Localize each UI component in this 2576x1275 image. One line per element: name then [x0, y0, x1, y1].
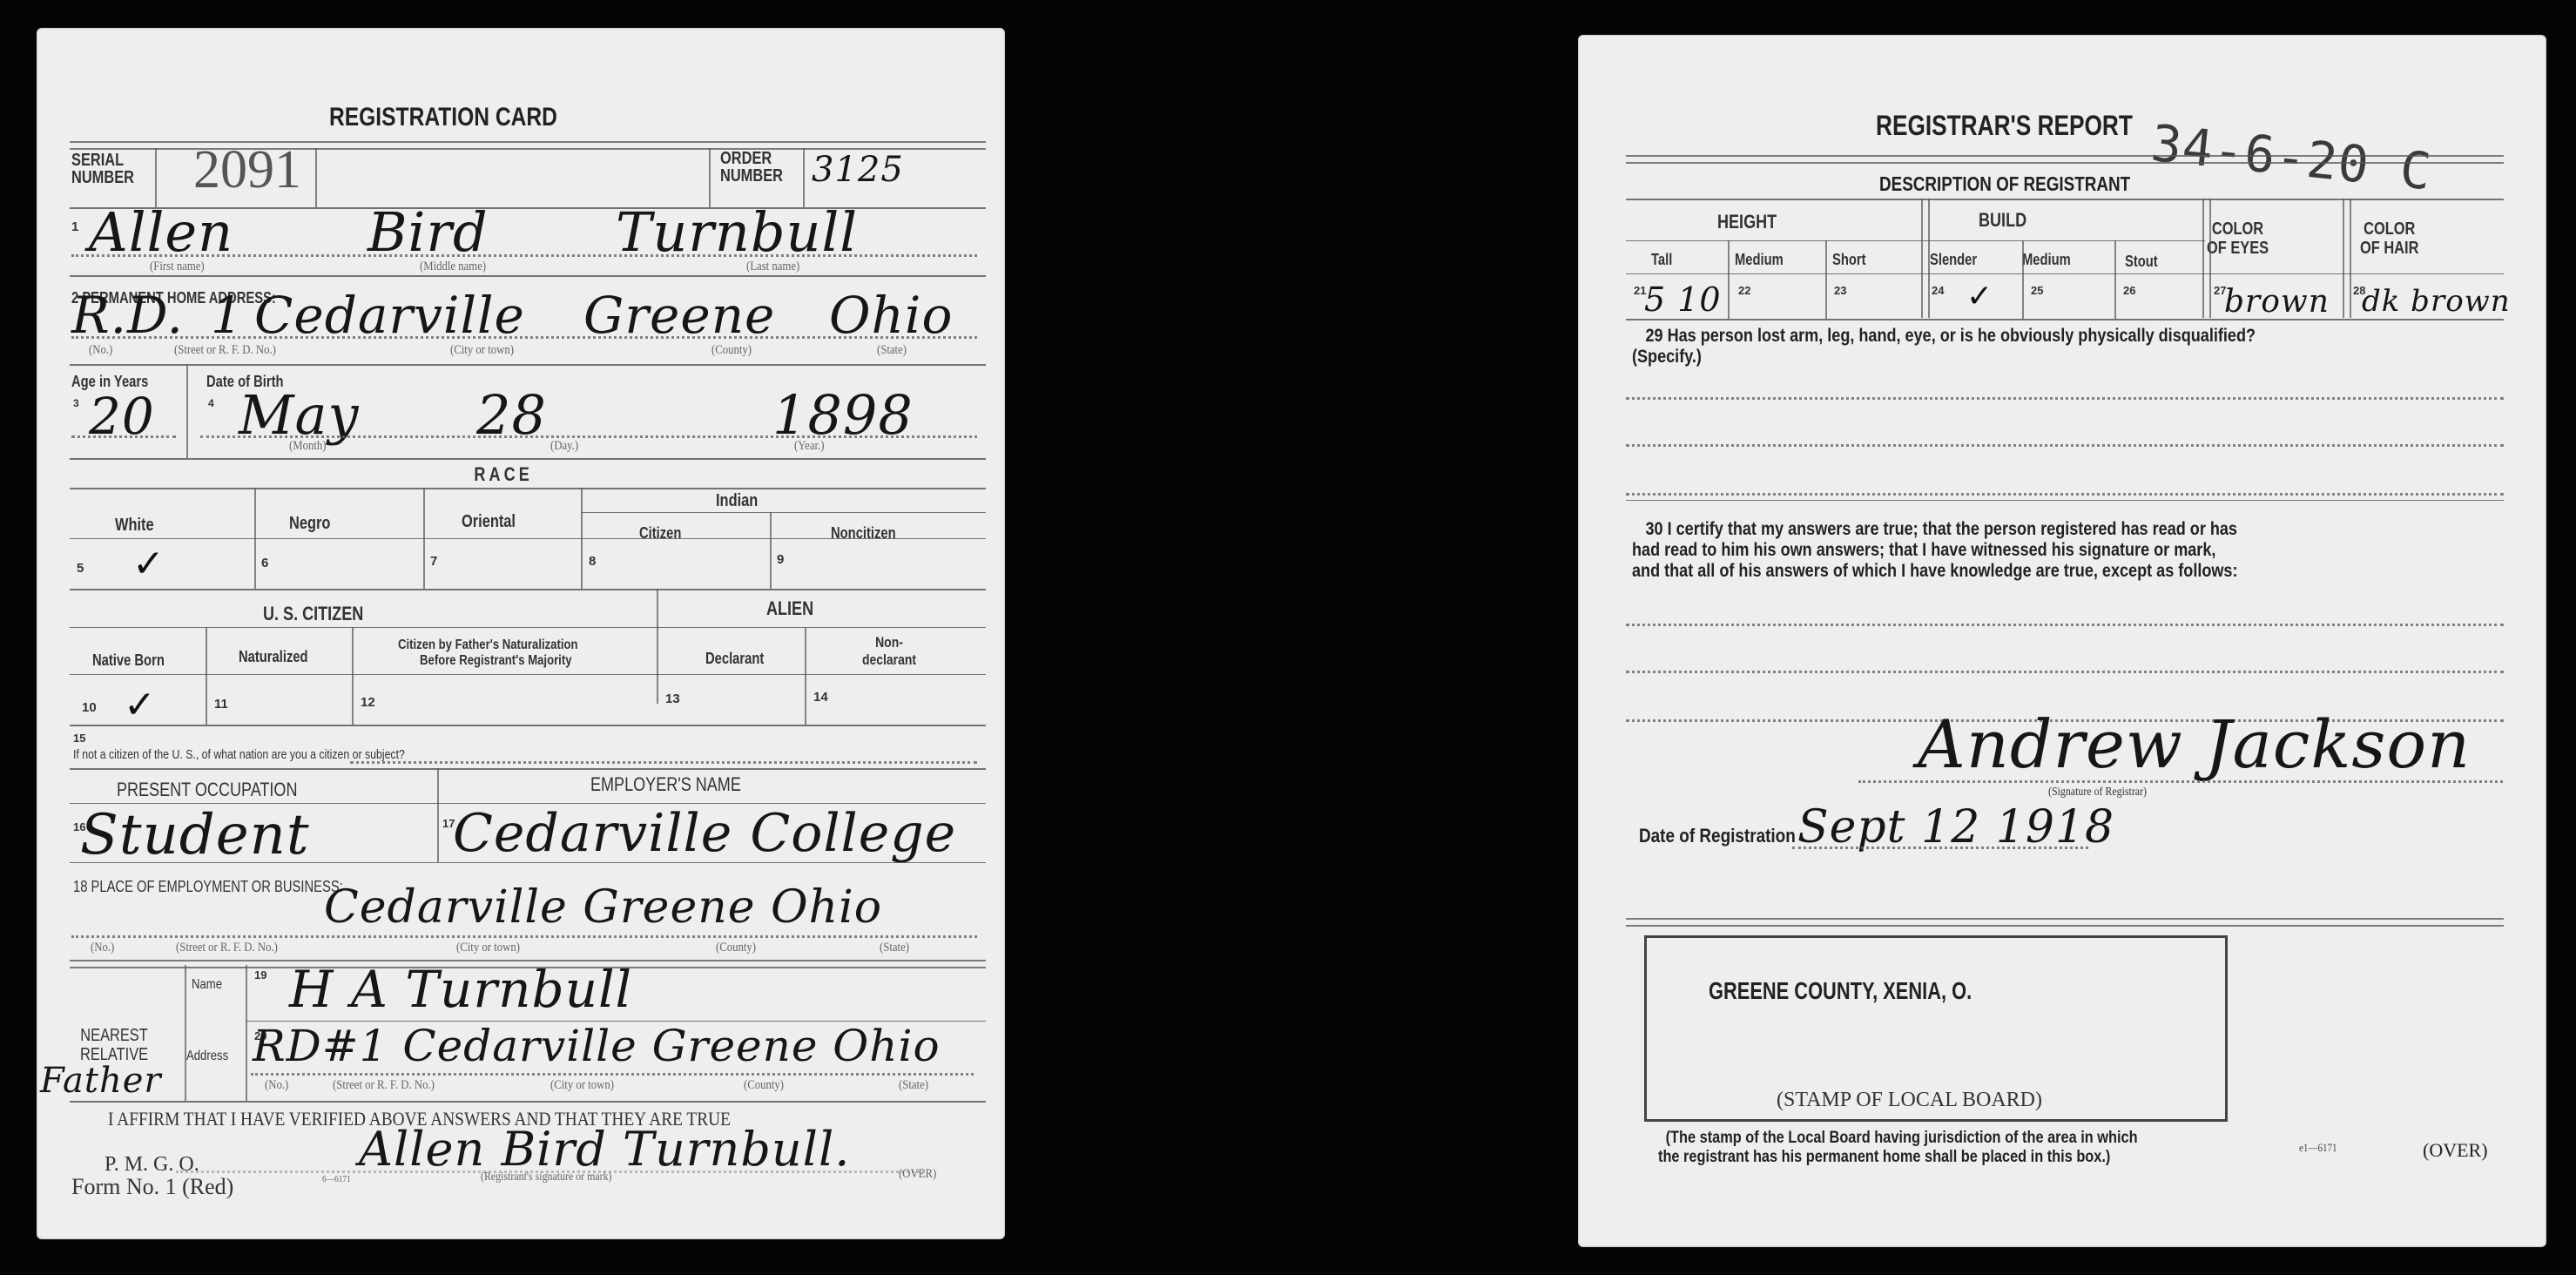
race-indian-citizen-num: 8: [589, 554, 596, 569]
field-15-dotted-line[interactable]: [350, 761, 977, 764]
address-city-label: (City or town): [450, 343, 514, 358]
address-no-label: (No.): [89, 343, 112, 358]
occupation-header: PRESENT OCCUPATION: [117, 779, 297, 801]
order-number: 3125: [812, 150, 904, 190]
registrar-signature[interactable]: Andrew Jackson: [1918, 705, 2471, 783]
hair-value[interactable]: dk brown: [2362, 284, 2511, 319]
tall-value[interactable]: 5 10: [1644, 280, 1722, 319]
card-title: REGISTRATION CARD: [329, 103, 557, 132]
alien-header: ALIEN: [766, 597, 813, 620]
first-name-label: (First name): [150, 260, 205, 274]
q29-rule: [1626, 500, 2504, 501]
date-of-registration-line: [1792, 847, 2088, 849]
q30-text: 30 I certify that my answers are true; t…: [1632, 519, 2237, 582]
declarant-num: 13: [665, 691, 680, 706]
relative-city-label: (City or town): [550, 1078, 614, 1093]
height-medium-num: 22: [1738, 284, 1750, 297]
indian-header: Indian: [716, 491, 758, 511]
last-name-label: (Last name): [746, 260, 799, 274]
q29-line-1: 29 Has person lost arm, leg, hand, eye, …: [1632, 326, 2256, 347]
tall-medium-divider: [1728, 240, 1730, 319]
hair-header: COLOR OF HAIR: [2360, 219, 2418, 258]
nearest-relative-label: NEAREST RELATIVE: [80, 1026, 148, 1064]
relative-state-label: (State): [899, 1078, 928, 1093]
q29-line-2: (Specify.): [1632, 347, 2256, 368]
name-dotted-line: [71, 254, 977, 257]
race-divider-1: [254, 488, 256, 589]
build-medium-label: Medium: [2022, 251, 2071, 269]
relative-county-label: (County): [744, 1078, 784, 1093]
naturalized-label: Naturalized: [239, 648, 308, 666]
relative-row-rule: [70, 1101, 986, 1103]
race-white-checkmark[interactable]: ✓: [132, 542, 165, 586]
non-declarant-num: 14: [813, 690, 828, 705]
serial-label-line-2: NUMBER: [71, 169, 134, 186]
race-indian-citizen-label: Citizen: [639, 524, 681, 543]
naturalized-num: 11: [214, 697, 228, 712]
non-declarant-line-2: declarant: [862, 651, 916, 669]
dob-year-label: (Year.): [794, 439, 824, 454]
relative-address-label: Address: [186, 1049, 228, 1064]
report-over-label: (OVER): [2423, 1139, 2488, 1162]
serial-end-divider: [315, 148, 317, 207]
height-header: HEIGHT: [1717, 211, 1777, 233]
citizen-divider-1: [206, 627, 207, 725]
citizen-divider-3: [805, 627, 806, 725]
race-white-num: 5: [77, 561, 84, 576]
registration-card: REGISTRATION CARD SERIAL NUMBER 2091 ORD…: [37, 28, 1005, 1239]
relative-street-label: (Street or R. F. D. No.): [333, 1078, 435, 1093]
dob-dotted-line: [200, 435, 977, 438]
address-street-label: (Street or R. F. D. No.): [174, 343, 276, 358]
place-county-label: (County): [716, 941, 756, 955]
race-oriental-label: Oriental: [462, 512, 516, 532]
middle-name-label: (Middle name): [420, 260, 486, 274]
hair-header-line-1: COLOR: [2360, 219, 2418, 239]
place-dotted-line: [71, 935, 977, 938]
stout-label: Stout: [2125, 253, 2158, 271]
dob-row-rule: [70, 458, 986, 460]
order-label-line-2: NUMBER: [720, 167, 783, 185]
nearest-relative-line-1: NEAREST: [80, 1026, 148, 1045]
stamp-section-rule: [1626, 918, 2504, 927]
race-indian-noncitizen-label: Noncitizen: [831, 524, 896, 543]
field-15-number: 15: [73, 732, 85, 745]
stamp-note-line-1: (The stamp of the Local Board having jur…: [1658, 1129, 2138, 1148]
relative-address-value[interactable]: RD#1 Cedarville Greene Ohio: [253, 1021, 941, 1071]
serial-label: SERIAL NUMBER: [71, 152, 134, 186]
place-no-label: (No.): [91, 941, 114, 955]
eyes-value[interactable]: brown: [2224, 284, 2330, 320]
stamp-note-line-2: the registrant has his permanent home sh…: [1658, 1148, 2138, 1167]
field-15-label: If not a citizen of the U. S., of what n…: [73, 747, 405, 762]
short-label: Short: [1832, 251, 1866, 269]
order-divider-left: [709, 148, 711, 207]
relative-name-label: Name: [192, 977, 222, 993]
registrars-report-card: REGISTRAR'S REPORT 34-6-20 C DESCRIPTION…: [1578, 35, 2546, 1247]
field-3-number: 3: [73, 397, 79, 409]
field-4-number: 4: [208, 397, 214, 409]
race-oriental-num: 7: [430, 554, 437, 569]
slender-checkmark[interactable]: ✓: [1966, 279, 1993, 314]
build-medium-num: 25: [2031, 284, 2043, 297]
race-header-rule: [70, 488, 986, 489]
build-eyes-divider: [2202, 199, 2211, 318]
race-row-rule: [70, 589, 986, 590]
declarant-label: Declarant: [705, 650, 764, 668]
registrar-signature-line: [1858, 780, 2503, 783]
date-of-registration-value[interactable]: Sept 12 1918: [1797, 801, 2114, 853]
signature-label: (Registrant's signature or mark): [481, 1170, 612, 1184]
registrant-signature[interactable]: Allen Bird Turnbull.: [359, 1122, 850, 1177]
citizen-row-rule: [70, 725, 986, 726]
stamp-label: (STAMP OF LOCAL BOARD): [1777, 1089, 2042, 1112]
native-born-num: 10: [82, 700, 97, 715]
non-declarant-label: Non- declarant: [862, 634, 916, 669]
indian-subrule: [581, 512, 986, 513]
occupation-value[interactable]: Student: [80, 803, 310, 867]
stamp-note: (The stamp of the Local Board having jur…: [1658, 1129, 2138, 1167]
dob-day-label: (Day.): [550, 439, 578, 454]
citizen-divider-2: [352, 627, 354, 725]
q29-answer-line-1[interactable]: [1626, 397, 2504, 400]
description-rule: [1626, 199, 2504, 200]
stamp-text: GREENE COUNTY, XENIA, O.: [1709, 977, 1972, 1005]
place-of-employment-label: 18 PLACE OF EMPLOYMENT OR BUSINESS:: [73, 878, 343, 896]
relative-divider-2: [246, 965, 247, 1101]
place-street-label: (Street or R. F. D. No.): [176, 941, 278, 955]
build-header: BUILD: [1979, 209, 2026, 232]
race-divider-2: [423, 488, 425, 589]
age-divider: [186, 366, 188, 458]
father-naturalization-num: 12: [361, 695, 375, 710]
dob-month-label: (Month): [289, 439, 327, 454]
relation-value[interactable]: Father: [40, 1061, 162, 1101]
report-title: REGISTRAR'S REPORT: [1876, 110, 2133, 142]
us-citizen-header: U. S. CITIZEN: [263, 603, 363, 625]
address-county-label: (County): [711, 343, 752, 358]
order-label-line-1: ORDER: [720, 150, 783, 167]
q30-answer-line-2[interactable]: [1626, 671, 2504, 673]
data-row-rule: [1626, 319, 2504, 320]
date-of-registration-label: Date of Registration: [1639, 826, 1796, 847]
height-medium-label: Medium: [1735, 251, 1784, 269]
occupation-employer-divider: [437, 768, 439, 862]
address-state-label: (State): [877, 343, 907, 358]
height-build-divider: [1921, 199, 1930, 318]
q30-line-1: 30 I certify that my answers are true; t…: [1632, 519, 2237, 540]
serial-number: 2091: [193, 139, 301, 201]
race-divider-4: [770, 512, 772, 589]
employer-value[interactable]: Cedarville College: [453, 803, 956, 864]
race-label-rule: [70, 538, 986, 539]
father-naturalization-line-2: Before Registrant's Majority: [398, 653, 578, 669]
field-1-number: 1: [71, 219, 78, 234]
race-negro-num: 6: [261, 556, 268, 570]
q29-text: 29 Has person lost arm, leg, hand, eye, …: [1632, 326, 2256, 368]
q30-line-2: had read to him his own answers; that I …: [1632, 540, 2237, 561]
eyes-header: COLOR OF EYES: [2207, 219, 2269, 258]
native-born-checkmark[interactable]: ✓: [124, 683, 156, 727]
employer-header: EMPLOYER'S NAME: [590, 773, 741, 796]
employer-row-rule: [70, 862, 986, 863]
eyes-header-line-1: COLOR: [2207, 219, 2269, 239]
serial-label-line-1: SERIAL: [71, 152, 134, 169]
q30-answer-line-1[interactable]: [1626, 624, 2504, 626]
short-num: 23: [1834, 284, 1846, 297]
native-born-label: Native Born: [92, 651, 165, 670]
report-title-rule: [1626, 155, 2504, 164]
field-15-rule: [70, 768, 986, 770]
father-naturalization-label: Citizen by Father's Naturalization Befor…: [398, 637, 578, 669]
age-dotted-line: [71, 435, 176, 438]
form-number-label: Form No. 1 (Red): [71, 1174, 233, 1200]
field-19-number: 19: [254, 968, 266, 982]
order-label: ORDER NUMBER: [720, 150, 783, 185]
relative-divider-1: [185, 965, 186, 1101]
eyes-hair-divider: [2343, 199, 2351, 318]
address-row-rule: [70, 364, 986, 366]
slender-label: Slender: [1930, 251, 1977, 269]
q30-line-3: and that all of his answers of which I h…: [1632, 561, 2237, 582]
name-row-rule: [70, 275, 986, 277]
eyes-header-line-2: OF EYES: [2207, 239, 2269, 258]
medium-stout-divider: [2114, 240, 2116, 319]
place-city-label: (City or town): [456, 941, 520, 955]
place-of-employment-value[interactable]: Cedarville Greene Ohio: [324, 881, 882, 934]
relative-no-label: (No.): [265, 1078, 288, 1093]
relative-name-value[interactable]: H A Turnbull: [289, 960, 632, 1019]
stout-num: 26: [2123, 284, 2135, 297]
form-code: 6—6171: [322, 1174, 351, 1184]
q29-answer-line-2[interactable]: [1626, 444, 2504, 447]
order-divider-right: [803, 148, 805, 207]
address-dotted-line: [71, 336, 977, 339]
race-white-label: White: [115, 516, 154, 536]
race-indian-noncitizen-num: 9: [777, 552, 784, 567]
race-divider-3: [581, 488, 583, 589]
height-build-subrule: [1626, 240, 2205, 241]
non-declarant-line-1: Non-: [862, 634, 916, 651]
serial-divider: [155, 148, 157, 207]
place-state-label: (State): [880, 941, 909, 955]
race-negro-label: Negro: [289, 514, 330, 534]
race-header: RACE: [474, 463, 533, 486]
description-subtitle: DESCRIPTION OF REGISTRANT: [1879, 172, 2130, 196]
relative-address-dotted-line: [251, 1073, 974, 1076]
report-form-code: e1—6171: [2299, 1141, 2337, 1155]
pmgo-label: P. M. G. O.: [105, 1153, 199, 1177]
column-label-rule: [1626, 273, 2504, 274]
q29-answer-line-3[interactable]: [1626, 493, 2504, 496]
tall-label: Tall: [1651, 251, 1672, 269]
registrar-signature-label: (Signature of Registrar): [2048, 786, 2147, 799]
father-naturalization-line-1: Citizen by Father's Naturalization: [398, 637, 578, 653]
citizen-alien-divider: [657, 589, 658, 704]
slender-num: 24: [1932, 284, 1944, 297]
over-label: (OVER): [899, 1167, 936, 1182]
slender-medium-divider: [2022, 240, 2024, 319]
medium-short-divider: [1825, 240, 1827, 319]
hair-header-line-2: OF HAIR: [2360, 239, 2418, 258]
